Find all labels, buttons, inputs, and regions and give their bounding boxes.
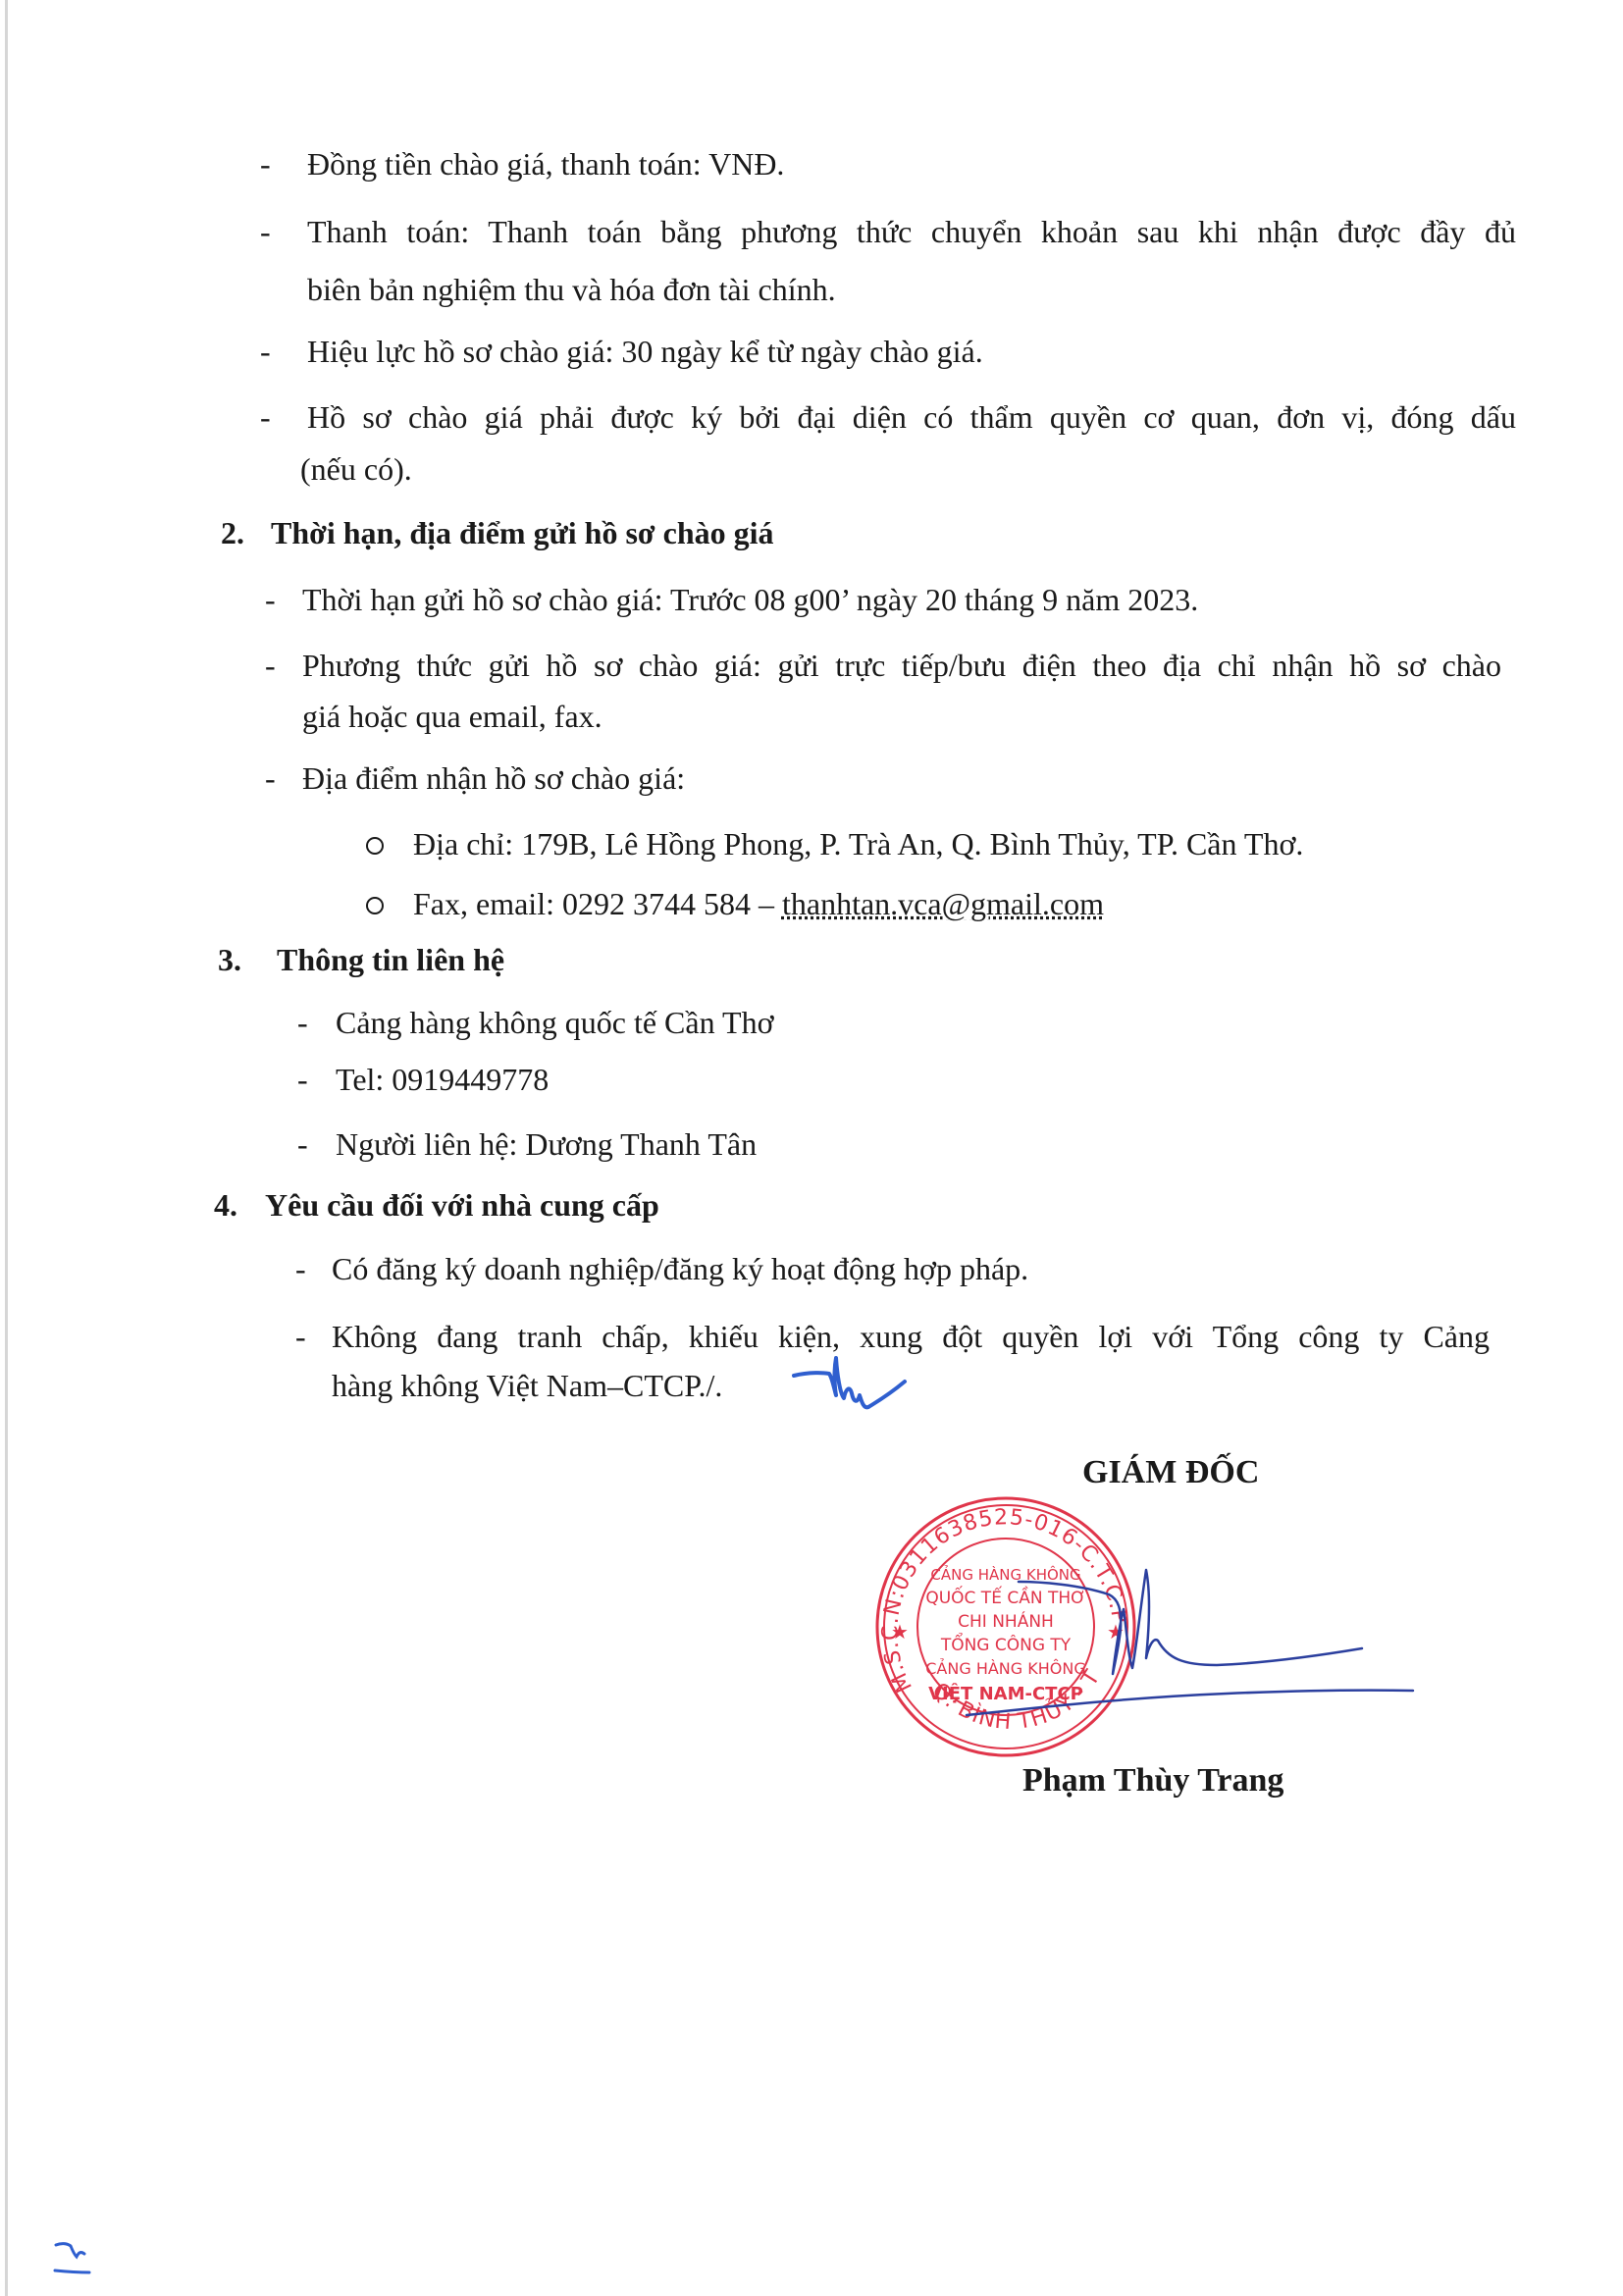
stamp-and-signatures: M.S.C.N:0311638525-016-C.T.C.P Q. BÌNH T… <box>0 0 1623 2296</box>
svg-text:VIỆT NAM-CTCP: VIỆT NAM-CTCP <box>928 1683 1083 1704</box>
initials-icon <box>794 1358 905 1407</box>
svg-text:CẢNG HÀNG KHÔNG: CẢNG HÀNG KHÔNG <box>925 1658 1085 1678</box>
svg-text:QUỐC TẾ CẦN THƠ: QUỐC TẾ CẦN THƠ <box>925 1585 1085 1608</box>
company-stamp-icon: M.S.C.N:0311638525-016-C.T.C.P Q. BÌNH T… <box>0 0 1134 1755</box>
svg-text:TỔNG CÔNG TY: TỔNG CÔNG TY <box>940 1632 1072 1655</box>
svg-text:Q. BÌNH THỦY - TP. CẦN THƠ: Q. BÌNH THỦY - TP. CẦN THƠ <box>0 0 1106 1735</box>
page-initial-mark-icon <box>55 2244 89 2272</box>
svg-text:CHI NHÁNH: CHI NHÁNH <box>958 1610 1054 1632</box>
svg-text:CẢNG HÀNG KHÔNG: CẢNG HÀNG KHÔNG <box>930 1564 1080 1584</box>
svg-text:★: ★ <box>891 1622 909 1644</box>
